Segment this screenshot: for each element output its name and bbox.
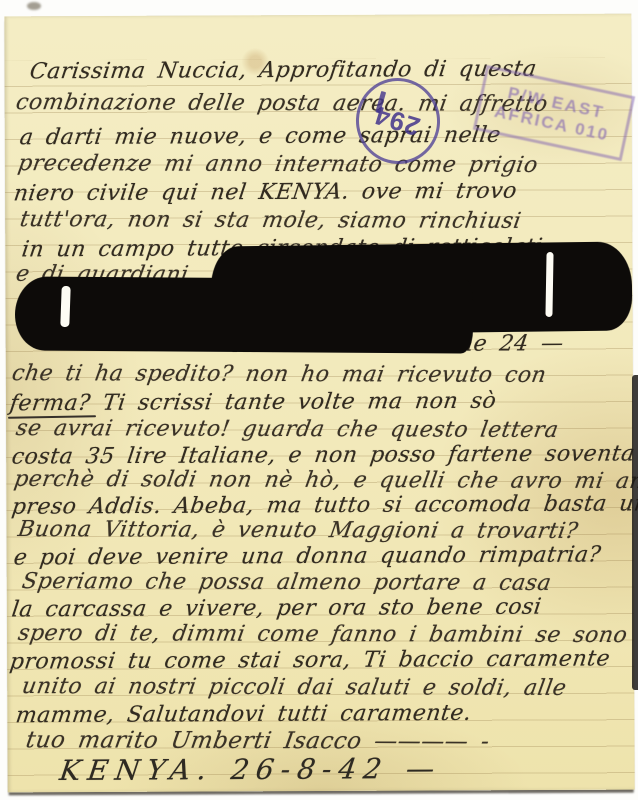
handwriting-line: niero civile qui nel KENYA. ove mi trovo — [12, 179, 519, 208]
handwriting-line: preso Addis. Abeba, ma tutto si accomoda… — [10, 491, 638, 520]
paper-edge-shadow — [632, 375, 638, 690]
scanned-letter-page: Carissima Nuccia, Approfitando di questa… — [0, 0, 638, 800]
redaction-scratch-mark — [60, 286, 70, 327]
redaction-scratch-mark — [545, 252, 553, 317]
censor-redaction-bar — [15, 276, 474, 353]
handwriting-line: che ti ha spedito? non ho mai ricevuto c… — [10, 361, 548, 389]
handwriting-line: tutt'ora, non si sta mole, siamo rinchiu… — [18, 207, 523, 235]
handwriting-line: promossi tu come stai sora, Ti baccio ca… — [8, 646, 612, 675]
handwriting-line: mamme, Salutandovi tutti caramente. — [14, 701, 473, 729]
handwriting-line: precedenze mi anno internato come prigio — [16, 151, 540, 179]
handwriting-line: e poi deve venire una donna quando rimpa… — [12, 542, 603, 571]
handwriting-line: combinazione delle posta aerea. mi affre… — [14, 90, 550, 118]
handwriting-line: spero di te, dimmi come fanno i bambini … — [16, 621, 629, 649]
signature-line: tuo marito Umberti Isacco ———— - — [24, 727, 491, 755]
handwriting-line: unito ai nostri piccoli dai saluti e sol… — [20, 674, 568, 702]
handwriting-line: perchè di soldi non nè hò, e quelli che … — [12, 467, 638, 495]
handwriting-line: Carissima Nuccia, Approfitando di questa — [28, 57, 538, 86]
handwriting-line: ferma? Ti scrissi tante volte ma non sò — [8, 389, 498, 418]
ink-smudge — [27, 2, 41, 10]
censor-number: 294 — [364, 97, 430, 144]
handwriting-line: la carcassa e vivere, per ora sto bene c… — [10, 595, 543, 624]
handwriting-line: Buona Vittoria, è venuto Maggioni a trov… — [16, 517, 580, 545]
date-line: KENYA. 26-8-42 — — [58, 756, 443, 784]
handwriting-line: se avrai ricevuto! guarda che questo let… — [14, 416, 560, 444]
handwriting-line: Speriamo che possa almeno portare a casa — [20, 569, 553, 597]
